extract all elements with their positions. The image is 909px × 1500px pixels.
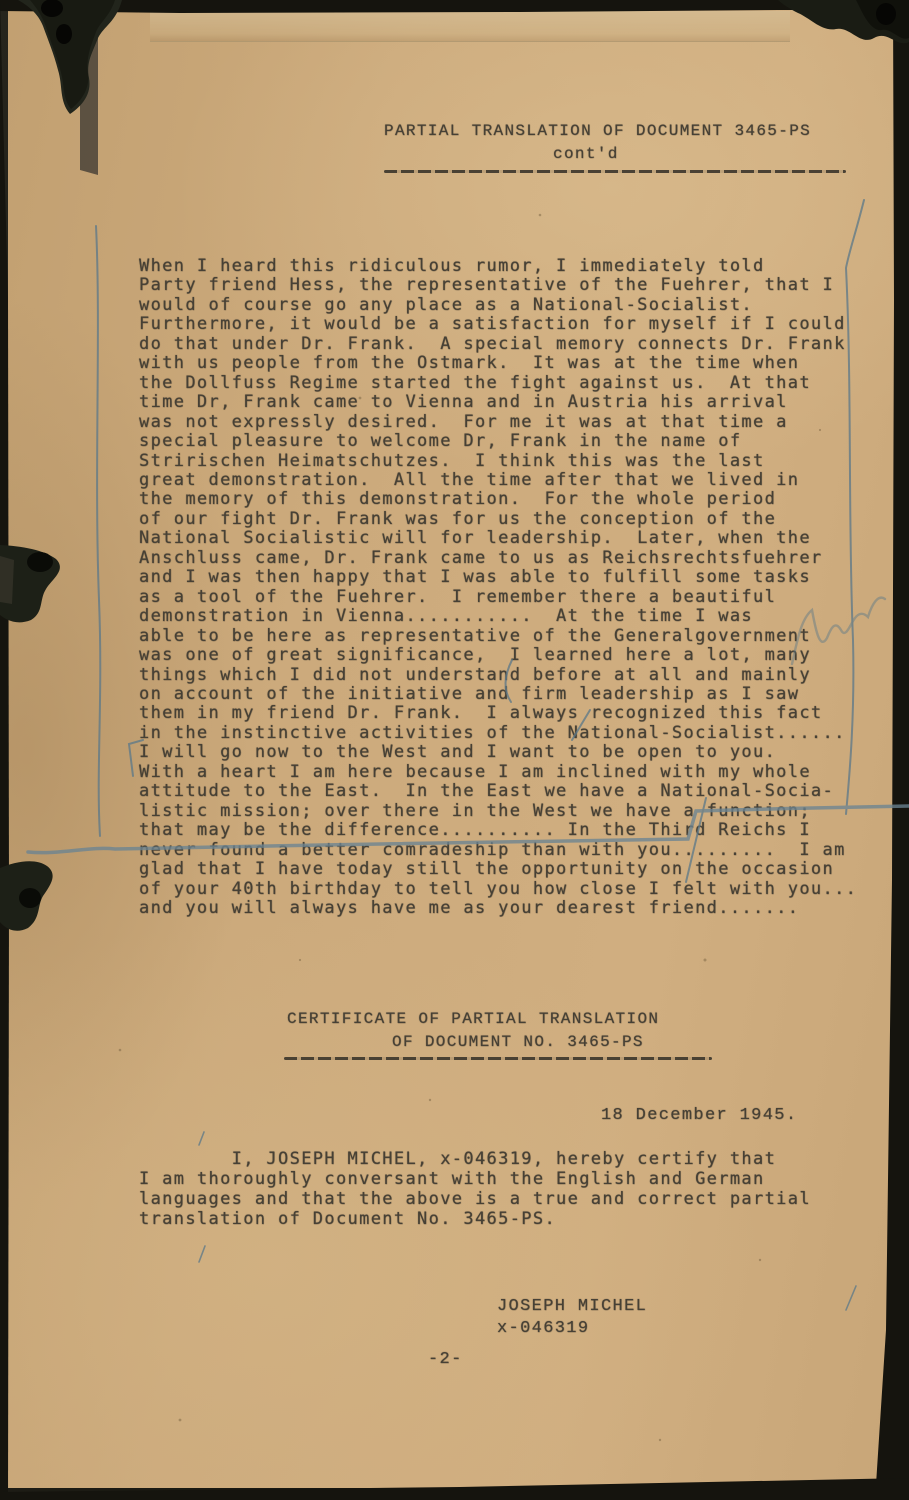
certificate-underline xyxy=(284,1057,712,1060)
page-number: -2- xyxy=(428,1350,463,1369)
signature-name: JOSEPH MICHEL xyxy=(497,1297,647,1316)
certificate-date: 18 December 1945. xyxy=(601,1106,797,1125)
tape-strip xyxy=(150,11,790,42)
certificate-title-line1: CERTIFICATE OF PARTIAL TRANSLATION xyxy=(287,1010,659,1028)
title-underline xyxy=(384,170,846,173)
translation-body-text: When I heard this ridiculous rumor, I im… xyxy=(139,257,857,918)
document-subtitle: cont'd xyxy=(553,145,619,163)
document-title: PARTIAL TRANSLATION OF DOCUMENT 3465-PS xyxy=(384,122,811,140)
signature-id: x-046319 xyxy=(497,1319,589,1338)
scanned-document-page: PARTIAL TRANSLATION OF DOCUMENT 3465-PS … xyxy=(0,0,909,1500)
certificate-body-text: I, JOSEPH MICHEL, x-046319, hereby certi… xyxy=(139,1150,811,1230)
certificate-title-line2: OF DOCUMENT NO. 3465-PS xyxy=(392,1033,644,1051)
